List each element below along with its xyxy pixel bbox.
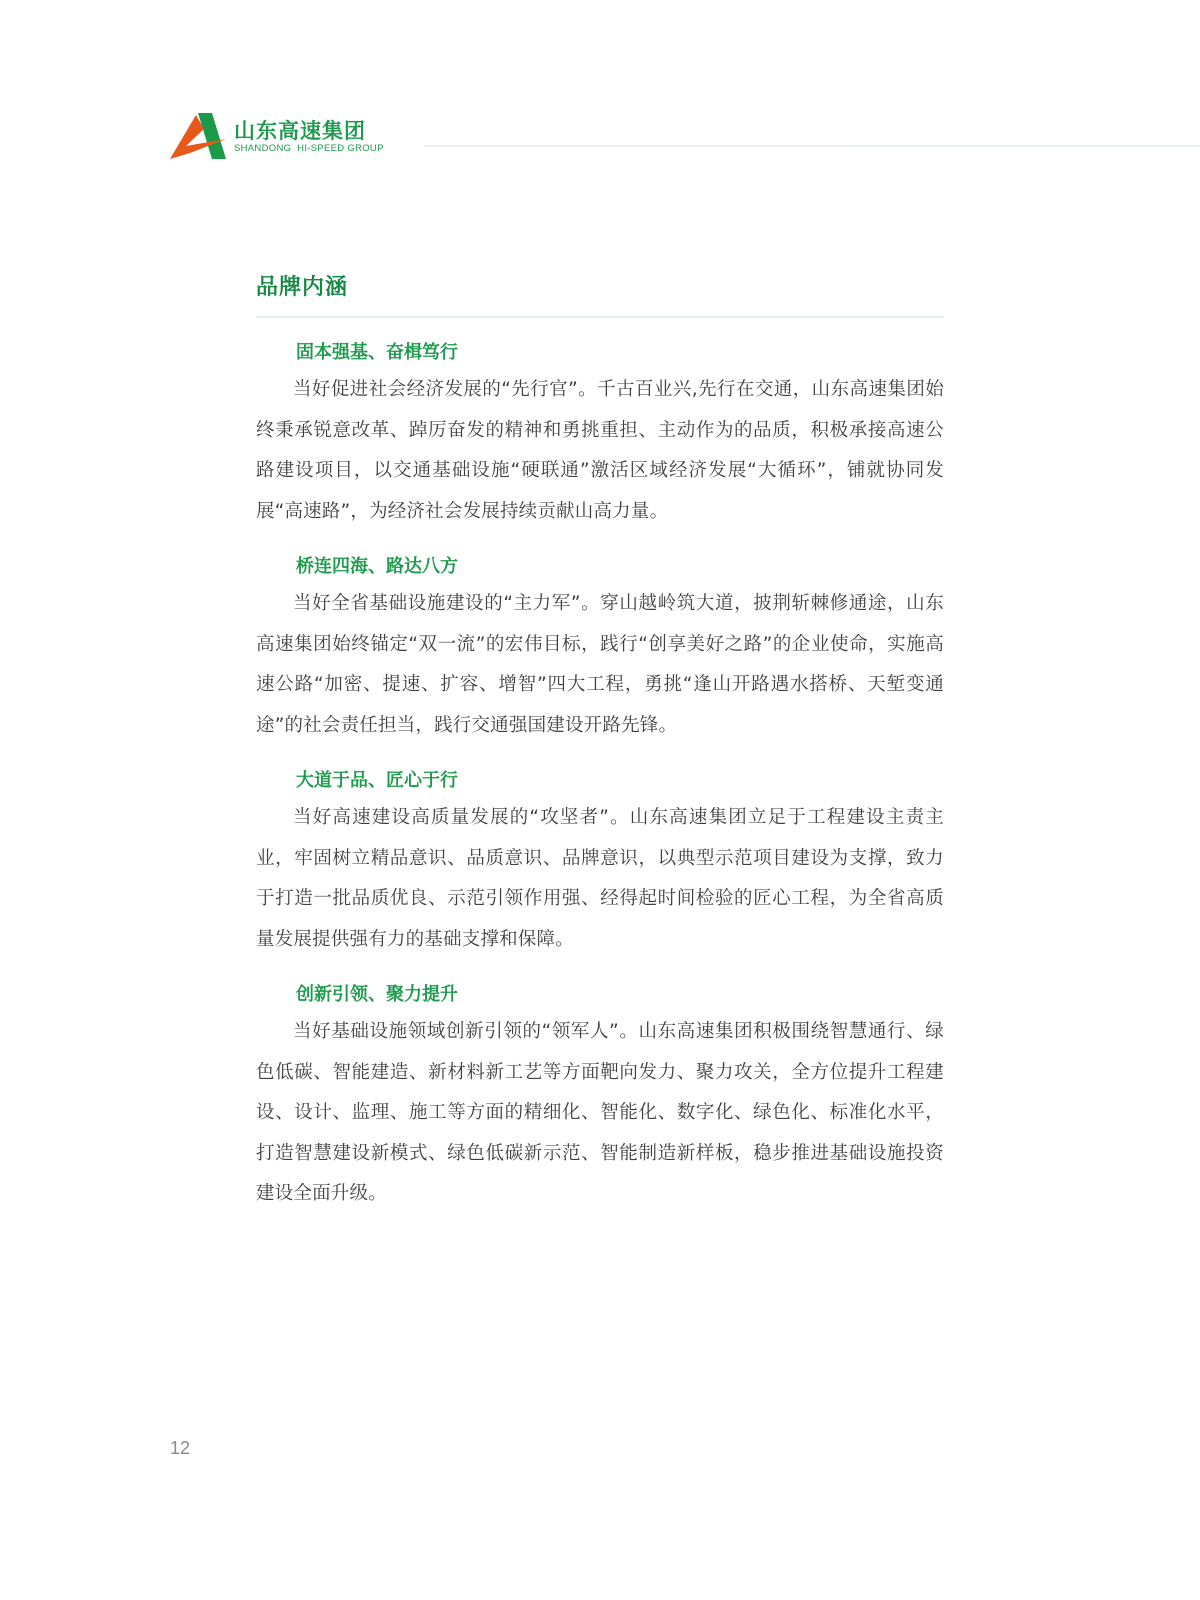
section-quality-craft: 大道于品、匠心于行 当好高速建设高质量发展的“攻坚者”。山东高速集团立足于工程建… [256,764,944,960]
logo-name-cn: 山东高速集团 [234,119,384,143]
section-bridges-roads: 桥连四海、路达八方 当好全省基础设施建设的“主力军”。穿山越岭筑大道，披荆斩棘修… [256,550,944,746]
page-header: 山东高速集团 SHANDONG HI-SPEED GROUP [168,112,384,162]
section-innovation: 创新引领、聚力提升 当好基础设施领域创新引领的“领军人”。山东高速集团积极围绕智… [256,978,944,1215]
logo-name-en: SHANDONG HI-SPEED GROUP [234,143,384,155]
header-divider [424,145,1200,147]
page-title: 品牌内涵 [256,268,944,308]
title-divider [256,316,944,318]
section-heading: 大道于品、匠心于行 [296,764,944,798]
section-paragraph: 当好基础设施领域创新引领的“领军人”。山东高速集团积极围绕智慧通行、绿色低碳、智… [256,1012,944,1215]
section-paragraph: 当好高速建设高质量发展的“攻坚者”。山东高速集团立足于工程建设主责主业，牢固树立… [256,798,944,960]
document-body: 品牌内涵 固本强基、奋楫笃行 当好促进社会经济发展的“先行官”。千古百业兴,先行… [256,268,944,1215]
section-foundation: 固本强基、奋楫笃行 当好促进社会经济发展的“先行官”。千古百业兴,先行在交通，山… [256,336,944,532]
section-heading: 桥连四海、路达八方 [296,550,944,584]
section-paragraph: 当好全省基础设施建设的“主力军”。穿山越岭筑大道，披荆斩棘修通途，山东高速集团始… [256,584,944,746]
section-heading: 创新引领、聚力提升 [296,978,944,1012]
section-paragraph: 当好促进社会经济发展的“先行官”。千古百业兴,先行在交通，山东高速集团始终秉承锐… [256,370,944,532]
sdhs-a-logo-icon [168,113,230,161]
section-heading: 固本强基、奋楫笃行 [296,336,944,370]
logo-wordmark: 山东高速集团 SHANDONG HI-SPEED GROUP [234,119,384,155]
page-number: 12 [170,1438,190,1459]
